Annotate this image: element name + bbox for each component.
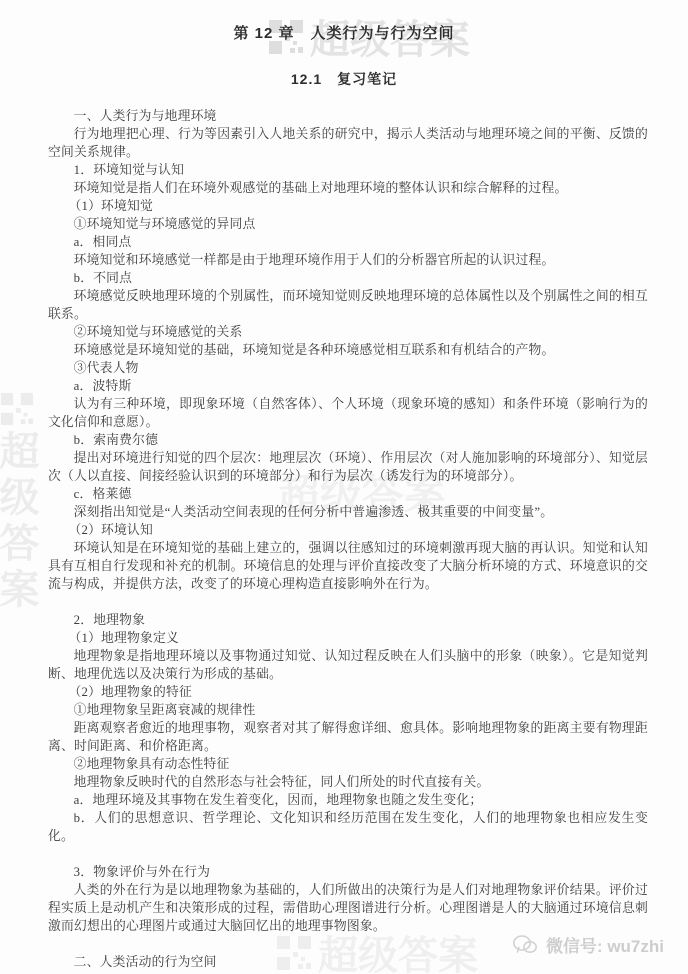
circled-item-heading: ②环境知觉与环境感觉的关系 (48, 323, 648, 341)
chapter-title: 第 12 章 人类行为与行为空间 (0, 24, 688, 44)
letter-item: c．格莱德 (48, 485, 648, 503)
spacer (48, 845, 648, 863)
outline-heading: 一、人类行为与地理环境 (48, 107, 648, 125)
paragraph: 地理物象反映时代的自然形态与社会特征，同人们所处的时代直接有关。 (48, 773, 648, 791)
paragraph: 深刻指出知觉是“人类活动空间表现的任何分析中普遍渗透、极其重要的中间变量”。 (48, 503, 648, 521)
document-body: 一、人类行为与地理环境行为地理把心理、行为等因素引入人地关系的研究中，揭示人类活… (0, 107, 688, 971)
paragraph: 认为有三种环境，即现象环境（自然客体）、个人环境（现象环境的感知）和条件环境（影… (48, 395, 648, 431)
numbered-heading: 3．物象评价与外在行为 (48, 863, 648, 881)
wechat-badge: 微信号: wu7zhi (512, 932, 664, 957)
paragraph: 距离观察者愈近的地理事物，观察者对其了解得愈详细、愈具体。影响地理物象的距离主要… (48, 719, 648, 755)
circled-item-heading: ②地理物象具有动态性特征 (48, 755, 648, 773)
wechat-label: 微信号: wu7zhi (546, 932, 664, 957)
circled-item-heading: ③代表人物 (48, 359, 648, 377)
circled-item-heading: ①地理物象呈距离衰减的规律性 (48, 701, 648, 719)
letter-item: b．不同点 (48, 269, 648, 287)
paragraph: 地理物象是指地理环境以及事物通过知觉、认知过程反映在人们头脑中的形象（映象）。它… (48, 647, 648, 683)
sub-heading: （2）地理物象的特征 (48, 683, 648, 701)
circled-item-heading: ①环境知觉与环境感觉的异同点 (48, 215, 648, 233)
numbered-heading: 1．环境知觉与认知 (48, 161, 648, 179)
paragraph: 行为地理把心理、行为等因素引入人地关系的研究中，揭示人类活动与地理环境之间的平衡… (48, 125, 648, 161)
paragraph: 提出对环境进行知觉的四个层次：地理层次（环境）、作用层次（对人施加影响的环境部分… (48, 449, 648, 485)
paragraph: 环境知觉是指人们在环境外观感觉的基础上对地理环境的整体认识和综合解释的过程。 (48, 179, 648, 197)
sub-heading: （1）环境知觉 (48, 197, 648, 215)
paragraph: 环境知觉和环境感觉一样都是由于地理环境作用于人们的分析器官所起的认识过程。 (48, 251, 648, 269)
letter-item: b．索南费尔德 (48, 431, 648, 449)
numbered-heading: 2．地理物象 (48, 611, 648, 629)
letter-item: a．波特斯 (48, 377, 648, 395)
paragraph: 环境感觉是环境知觉的基础，环境知觉是各种环境感觉相互联系和有机结合的产物。 (48, 341, 648, 359)
sub-heading: （1）地理物象定义 (48, 629, 648, 647)
paragraph: 人类的外在行为是以地理物象为基础的，人们所做出的决策行为是人们对地理物象评价结果… (48, 881, 648, 935)
paragraph: 环境感觉反映地理环境的个别属性，而环境知觉则反映地理环境的总体属性以及个别属性之… (48, 287, 648, 323)
spacer (48, 593, 648, 611)
wechat-icon (512, 934, 538, 956)
letter-item: a．地理环境及其事物在发生着变化，因而，地理物象也随之发生变化； (48, 791, 648, 809)
sub-heading: （2）环境认知 (48, 521, 648, 539)
letter-item: b．人们的思想意识、哲学理论、文化知识和经历范围在发生变化，人们的地理物象也相应… (48, 809, 648, 845)
section-title: 12.1 复习笔记 (0, 70, 688, 88)
document-page: 超级答案 超级答案 超级答案 超级答案 第 12 章 人类 (0, 0, 688, 974)
paragraph: 环境认知是在环境知觉的基础上建立的，强调以往感知过的环境刺激再现大脑的再认识。知… (48, 539, 648, 593)
letter-item: a．相同点 (48, 233, 648, 251)
